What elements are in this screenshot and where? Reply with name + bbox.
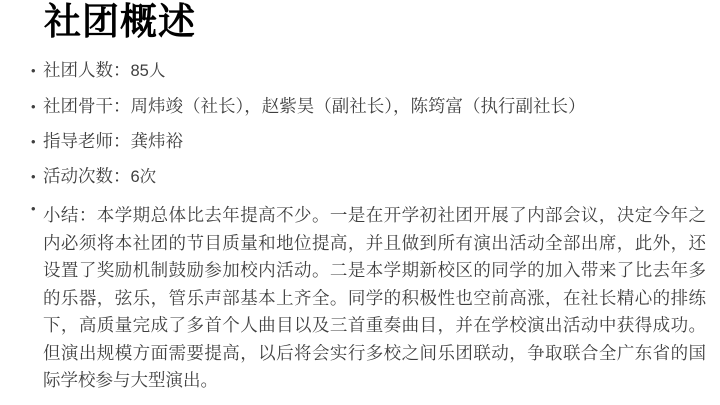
list-item-club-leaders: • 社团骨干：周炜竣（社长），赵紫昊（副社长），陈筠富（执行副社长） [31,96,707,116]
stat-label: 社团人数： [43,60,131,80]
slide-title: 社团概述 [44,1,196,45]
summary-label: 小结： [43,205,97,225]
stat-value: 龚炜裕 [131,131,184,151]
stat-label: 活动次数： [43,166,131,186]
stat-label: 社团骨干： [43,96,131,116]
stat-value: 85人 [131,62,166,80]
bullet-marker: • [31,167,36,187]
slide-body: • 社团人数：85人 • 社团骨干：周炜竣（社长），赵紫昊（副社长），陈筠富（执… [31,60,707,395]
stat-value: 周炜竣（社长），赵紫昊（副社长），陈筠富（执行副社长） [131,96,586,116]
summary-paragraph: 小结：本学期总体比去年提高不少。一是在开学初社团开展了内部会议，决定今年之内必须… [43,202,706,395]
stat-value: 6次 [131,168,157,186]
bullet-marker: • [31,97,36,117]
presentation-slide: 社团概述 • 社团人数：85人 • 社团骨干：周炜竣（社长），赵紫昊（副社长），… [0,0,720,405]
bullet-marker: • [31,201,36,216]
list-item-activity-count: • 活动次数：6次 [31,166,707,187]
bullet-marker: • [31,132,36,152]
bullet-marker: • [31,61,36,81]
list-item-advisor: • 指导老师：龚炜裕 [31,131,707,151]
summary-body: 本学期总体比去年提高不少。一是在开学初社团开展了内部会议，决定今年之内必须将本社… [43,205,706,390]
list-item-summary: • 小结：本学期总体比去年提高不少。一是在开学初社团开展了内部会议，决定今年之内… [31,202,707,395]
stat-label: 指导老师： [43,131,131,151]
list-item-club-members: • 社团人数：85人 [31,60,707,81]
